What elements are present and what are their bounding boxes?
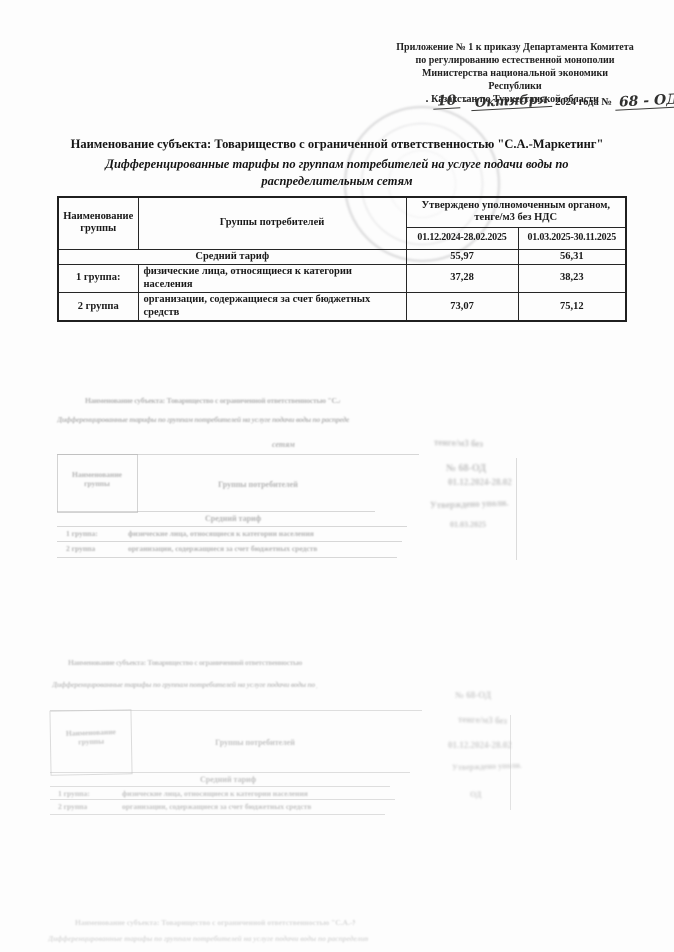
ghost2-row-line-3 [50,814,385,815]
group-2-value-1: 73,07 [406,293,518,322]
ghost2-tariff-title: Дифференцированные тарифы по группам пот… [52,680,317,689]
col-header-group-name: Наименование группы [58,197,138,249]
subject-title: Наименование субъекта: Товарищество с ог… [40,137,634,152]
ghost2-row-line-2 [50,799,395,800]
ghost-tariff-title: Дифференцированные тарифы по группам пот… [57,415,349,424]
appendix-line-3: Министерства национальной экономики Респ… [396,67,634,93]
appendix-line-1: Приложение № 1 к приказу Департамента Ко… [396,41,634,54]
ghost-row-1-name: 1 группа: [66,529,98,538]
ghost-scribble-5: 01.03.2025 [450,520,486,529]
ghost2-scribble-1: № 68-ОД [455,690,491,700]
date-dot-right: · [463,94,469,108]
tariff-title: Дифференцированные тарифы по группам пот… [50,156,624,190]
average-tariff-value-1: 55,97 [406,249,518,265]
average-tariff-label: Средний тариф [58,249,406,265]
table-row-group-1: 1 группа: физические лица, относящиеся к… [58,265,626,293]
ghost-header-group-name: Наименование группы [60,470,134,488]
group-2-name: 2 группа [58,293,138,322]
average-tariff-value-2: 56,31 [518,249,626,265]
tariff-table: Наименование группы Группы потребителей … [57,196,627,322]
ghost-scribble-1: тенге/м3 без [434,437,483,449]
ghost2-row-1-name: 1 группа: [58,789,90,798]
handwritten-month: Октября [471,93,553,111]
date-year-label: 2024 года № [555,97,612,108]
ghost-average-label: Средний тариф [205,514,261,523]
ghost-table-mid-line [57,511,375,512]
col-header-period-1: 01.12.2024-28.02.2025 [406,227,518,249]
ghost-row-line-2 [57,541,402,542]
ghost2-scribble-4: Утверждено уполн. [452,761,522,772]
ghost2-row-2-name: 2 группа [58,802,87,811]
ghost-row-line-1 [57,526,407,527]
ghost2-row-line-1 [50,786,390,787]
group-2-description: организации, содержащиеся за счет бюджет… [138,293,406,322]
table-row-group-2: 2 группа организации, содержащиеся за сч… [58,293,626,322]
ghost2-scribble-5: ОД [470,790,481,799]
ghost2-right-vline [510,715,511,810]
ghost-scribble-2: № 68-ОД [446,463,486,474]
table-row-average: Средний тариф 55,97 56,31 [58,249,626,265]
ghost2-scribble-3: 01.12.2024-28.02 [448,740,512,750]
group-1-description: физические лица, относящиеся к категории… [138,265,406,293]
ghost2-table-mid-line [50,772,410,773]
ghost-table-col1-box [57,454,138,513]
ghost-header-consumer-groups: Группы потребителей [178,480,338,489]
group-2-value-2: 75,12 [518,293,626,322]
ghost-right-vline [516,458,517,560]
ghost-word-setyam: сетям [272,440,295,449]
ghost-row-1-desc: физические лица, относящиеся к категории… [128,529,400,538]
ghost-scribble-3: 01.12.2024-28.02 [448,477,512,487]
ghost2-table-top-line [50,710,422,711]
ghost2-table-col1-box [49,709,132,775]
appendix-line-2: по регулированию естественной монополии [396,54,634,67]
group-1-value-1: 37,28 [406,265,518,293]
ghost2-average-label: Средний тариф [200,775,256,784]
handwritten-order-number: 68 - ОД [614,93,674,111]
ghost-scribble-4: Утверждено уполн. [430,498,509,511]
col-header-consumer-groups: Группы потребителей [138,197,406,249]
ghost2-subject-title: Наименование субъекта: Товарищество с ог… [68,658,303,667]
ghost-subject-title: Наименование субъекта: Товарищество с ог… [85,396,340,405]
ghost-table-top-line [57,454,419,455]
ghost2-row-1-desc: физические лица, относящиеся к категории… [122,789,382,798]
ghost2-scribble-2: тенге/м3 без [458,714,507,726]
scanned-tariff-document: Приложение № 1 к приказу Департамента Ко… [0,0,674,952]
group-1-name: 1 группа: [58,265,138,293]
ghost3-tariff-title: Дифференцированные тарифы по группам пот… [48,934,368,943]
ghost-row-2-desc: организации, содержащиеся за счет бюджет… [128,544,398,553]
ghost2-row-2-desc: организации, содержащиеся за счет бюджет… [122,802,377,811]
col-header-period-2: 01.03.2025-30.11.2025 [518,227,626,249]
col-header-approved: Утверждено уполномоченным органом, тенге… [406,197,626,227]
ghost2-header-group-name: Наименование группы [53,727,130,748]
group-1-value-2: 38,23 [518,265,626,293]
ghost3-subject-title: Наименование субъекта: Товарищество с ог… [75,918,355,927]
ghost-row-2-name: 2 группа [66,544,95,553]
ghost2-header-consumer-groups: Группы потребителей [180,738,330,747]
ghost-row-line-3 [57,557,397,558]
